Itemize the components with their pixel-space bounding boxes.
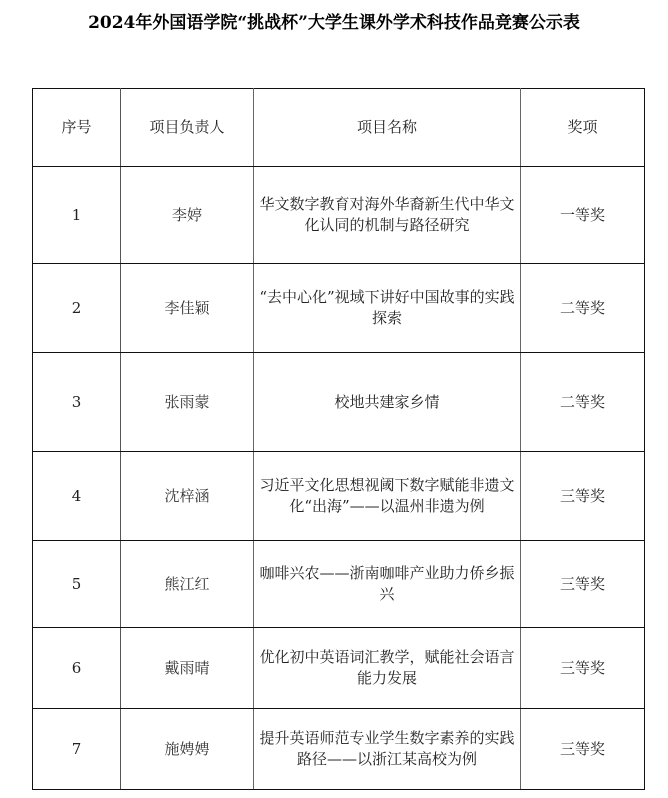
cell-leader: 熊江红 — [121, 541, 254, 628]
cell-award: 一等奖 — [521, 167, 645, 264]
cell-project: 优化初中英语词汇教学，赋能社会语言能力发展 — [254, 628, 521, 709]
cell-leader: 沈梓涵 — [121, 452, 254, 541]
cell-no: 6 — [33, 628, 121, 709]
cell-award: 二等奖 — [521, 264, 645, 353]
cell-project: 校地共建家乡情 — [254, 353, 521, 452]
header-leader: 项目负责人 — [121, 89, 254, 167]
cell-project: 习近平文化思想视阈下数字赋能非遗文化“出海”——以温州非遗为例 — [254, 452, 521, 541]
cell-no: 4 — [33, 452, 121, 541]
cell-award: 三等奖 — [521, 628, 645, 709]
table-row: 1 李婷 华文数字教育对海外华裔新生代中华文化认同的机制与路径研究 一等奖 — [33, 167, 645, 264]
cell-leader: 施娉娉 — [121, 709, 254, 790]
table-row: 4 沈梓涵 习近平文化思想视阈下数字赋能非遗文化“出海”——以温州非遗为例 三等… — [33, 452, 645, 541]
header-project: 项目名称 — [254, 89, 521, 167]
page-title: 2024年外国语学院“挑战杯”大学生课外学术科技作品竞赛公示表 — [0, 8, 668, 33]
cell-award: 二等奖 — [521, 353, 645, 452]
table-row: 6 戴雨晴 优化初中英语词汇教学，赋能社会语言能力发展 三等奖 — [33, 628, 645, 709]
cell-project: “去中心化”视域下讲好中国故事的实践探索 — [254, 264, 521, 353]
award-table: 序号 项目负责人 项目名称 奖项 1 李婷 华文数字教育对海外华裔新生代中华文化… — [32, 88, 645, 790]
cell-no: 7 — [33, 709, 121, 790]
table-row: 3 张雨蒙 校地共建家乡情 二等奖 — [33, 353, 645, 452]
cell-leader: 张雨蒙 — [121, 353, 254, 452]
cell-leader: 李佳颖 — [121, 264, 254, 353]
header-award: 奖项 — [521, 89, 645, 167]
table-row: 2 李佳颖 “去中心化”视域下讲好中国故事的实践探索 二等奖 — [33, 264, 645, 353]
cell-award: 三等奖 — [521, 709, 645, 790]
table-row: 7 施娉娉 提升英语师范专业学生数字素养的实践路径——以浙江某高校为例 三等奖 — [33, 709, 645, 790]
cell-no: 2 — [33, 264, 121, 353]
cell-no: 1 — [33, 167, 121, 264]
cell-project: 提升英语师范专业学生数字素养的实践路径——以浙江某高校为例 — [254, 709, 521, 790]
cell-project: 华文数字教育对海外华裔新生代中华文化认同的机制与路径研究 — [254, 167, 521, 264]
cell-no: 3 — [33, 353, 121, 452]
cell-award: 三等奖 — [521, 452, 645, 541]
cell-award: 三等奖 — [521, 541, 645, 628]
header-no: 序号 — [33, 89, 121, 167]
table-row: 5 熊江红 咖啡兴农——浙南咖啡产业助力侨乡振兴 三等奖 — [33, 541, 645, 628]
cell-leader: 李婷 — [121, 167, 254, 264]
table-header-row: 序号 项目负责人 项目名称 奖项 — [33, 89, 645, 167]
cell-no: 5 — [33, 541, 121, 628]
cell-leader: 戴雨晴 — [121, 628, 254, 709]
cell-project: 咖啡兴农——浙南咖啡产业助力侨乡振兴 — [254, 541, 521, 628]
